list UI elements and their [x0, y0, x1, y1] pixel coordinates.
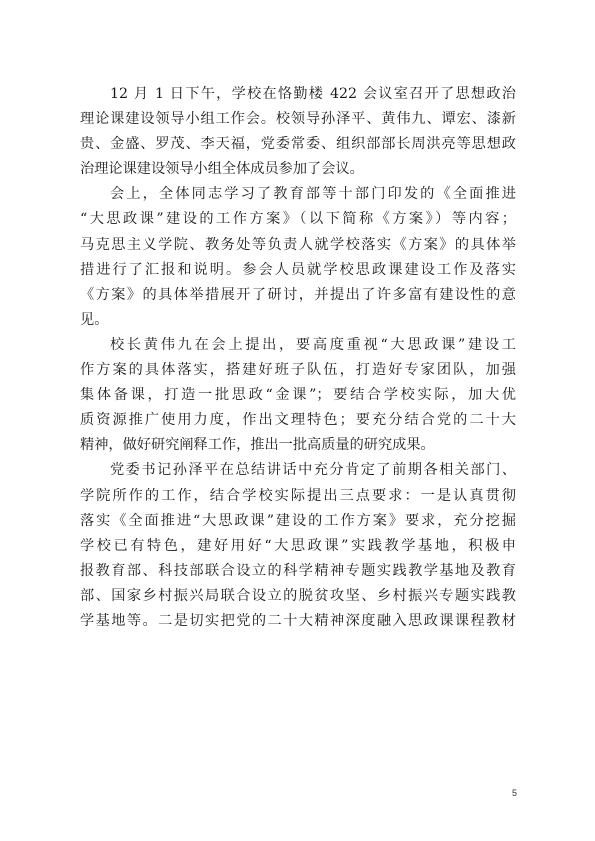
page-number: 5: [512, 788, 517, 798]
text-line: 学基地等。二是切实把党的二十大精神深度融入思政课课程教材: [80, 609, 516, 634]
text-line: 学院所作的工作，结合学校实际提出三点要求：一是认真贯彻: [80, 484, 516, 509]
document-page: 12 月 1 日下午，学校在恪勤楼 422 会议室召开了思想政治 理论课建设领导…: [0, 0, 595, 841]
paragraph-secretary-summary: 党委书记孙泽平在总结讲话中充分肯定了前期各相关部门、 学院所作的工作，结合学校实…: [80, 458, 516, 634]
text-line: 理论课建设领导小组工作会。校领导孙泽平、黄伟九、谭宏、漆新: [80, 107, 516, 132]
text-line: 治理论课建设领导小组全体成员参加了会议。: [80, 157, 516, 182]
text-line: 见。: [80, 308, 516, 333]
text-line: 校长黄伟九在会上提出，要高度重视“大思政课”建设工: [80, 333, 516, 358]
text-line: “大思政课”建设的工作方案》（以下简称《方案》）等内容；: [80, 207, 516, 232]
text-line: 12 月 1 日下午，学校在恪勤楼 422 会议室召开了思想政治: [80, 82, 516, 107]
text-line: 作方案的具体落实，搭建好班子队伍，打造好专家团队，加强: [80, 358, 516, 383]
text-line: 会上，全体同志学习了教育部等十部门印发的《全面推进: [80, 182, 516, 207]
text-line: 马克思主义学院、教务处等负责人就学校落实《方案》的具体举: [80, 233, 516, 258]
text-line: 措进行了汇报和说明。参会人员就学校思政课建设工作及落实: [80, 258, 516, 283]
text-line: 报教育部、科技部联合设立的科学精神专题实践教学基地及教育: [80, 559, 516, 584]
text-line: 质资源推广使用力度，作出文理特色；要充分结合党的二十大: [80, 408, 516, 433]
paragraph-meeting-intro: 12 月 1 日下午，学校在恪勤楼 422 会议室召开了思想政治 理论课建设领导…: [80, 82, 516, 182]
paragraph-president-remarks: 校长黄伟九在会上提出，要高度重视“大思政课”建设工 作方案的具体落实，搭建好班子…: [80, 333, 516, 458]
text-line: 学校已有特色，建好用好“大思政课”实践教学基地，积极申: [80, 534, 516, 559]
text-line: 精神，做好研究阐释工作，推出一批高质量的研究成果。: [80, 433, 516, 458]
text-line: 贵、金盛、罗茂、李天福，党委常委、组织部部长周洪亮等思想政: [80, 132, 516, 157]
document-body: 12 月 1 日下午，学校在恪勤楼 422 会议室召开了思想政治 理论课建设领导…: [80, 82, 516, 634]
text-line: 落实《全面推进“大思政课”建设的工作方案》要求，充分挖掘: [80, 509, 516, 534]
text-line: 《方案》的具体举措展开了研讨，并提出了许多富有建设性的意: [80, 283, 516, 308]
paragraph-meeting-study: 会上，全体同志学习了教育部等十部门印发的《全面推进 “大思政课”建设的工作方案》…: [80, 182, 516, 333]
text-line: 集体备课，打造一批思政“金课”；要结合学校实际，加大优: [80, 383, 516, 408]
text-line: 部、国家乡村振兴局联合设立的脱贫攻坚、乡村振兴专题实践教: [80, 584, 516, 609]
text-line: 党委书记孙泽平在总结讲话中充分肯定了前期各相关部门、: [80, 458, 516, 483]
